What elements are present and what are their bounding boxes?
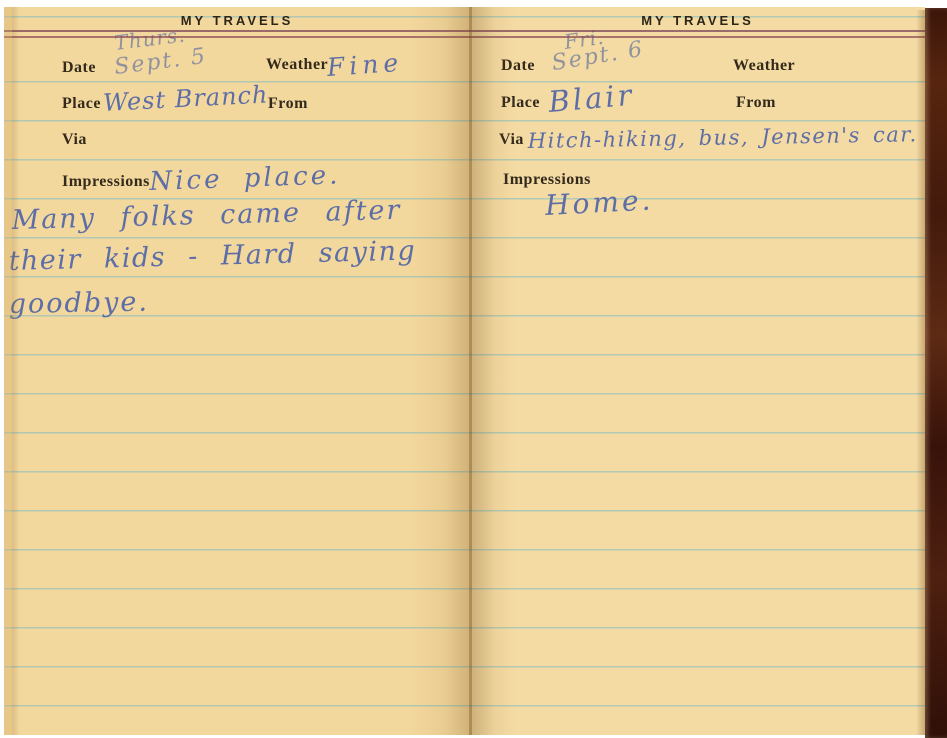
via-label: Via	[62, 131, 87, 149]
handwritten-impressions: Nice place.	[149, 160, 341, 197]
from-label: From	[268, 95, 308, 113]
place-label: Place	[62, 95, 101, 113]
diary-page-right: MY TRAVELS Date Weather Place From Via I…	[470, 7, 925, 735]
date-label: Date	[62, 59, 96, 77]
weather-label: Weather	[733, 57, 795, 75]
impressions-label: Impressions	[62, 173, 150, 191]
handwritten-impressions: Home.	[544, 183, 654, 222]
handwritten-weather: Fine	[326, 48, 404, 82]
place-label: Place	[501, 94, 540, 112]
via-label: Via	[499, 131, 524, 149]
header-double-rule	[4, 30, 925, 38]
handwritten-impressions-line4: goodbye.	[8, 287, 149, 320]
handwritten-impressions-line3: their kids - Hard saying	[8, 235, 416, 277]
page-title: MY TRAVELS	[470, 13, 925, 28]
handwritten-impressions-line2: Many folks came after	[11, 195, 402, 236]
page-title: MY TRAVELS	[4, 13, 470, 28]
from-label: From	[736, 94, 776, 112]
weather-label: Weather	[266, 56, 328, 74]
handwritten-via: Hitch-hiking, bus, Jensen's car.	[528, 122, 918, 153]
book-cover-edge	[925, 8, 947, 738]
handwritten-place: West Branch	[103, 80, 270, 117]
handwritten-place: Blair	[547, 78, 636, 119]
diary-page-left: MY TRAVELS Date Weather Place From Via I…	[4, 7, 470, 735]
diary-scan: MY TRAVELS Date Weather Place From Via I…	[0, 0, 947, 738]
date-label: Date	[501, 57, 535, 75]
scan-border-top	[0, 0, 947, 7]
scan-border-left	[0, 0, 4, 738]
